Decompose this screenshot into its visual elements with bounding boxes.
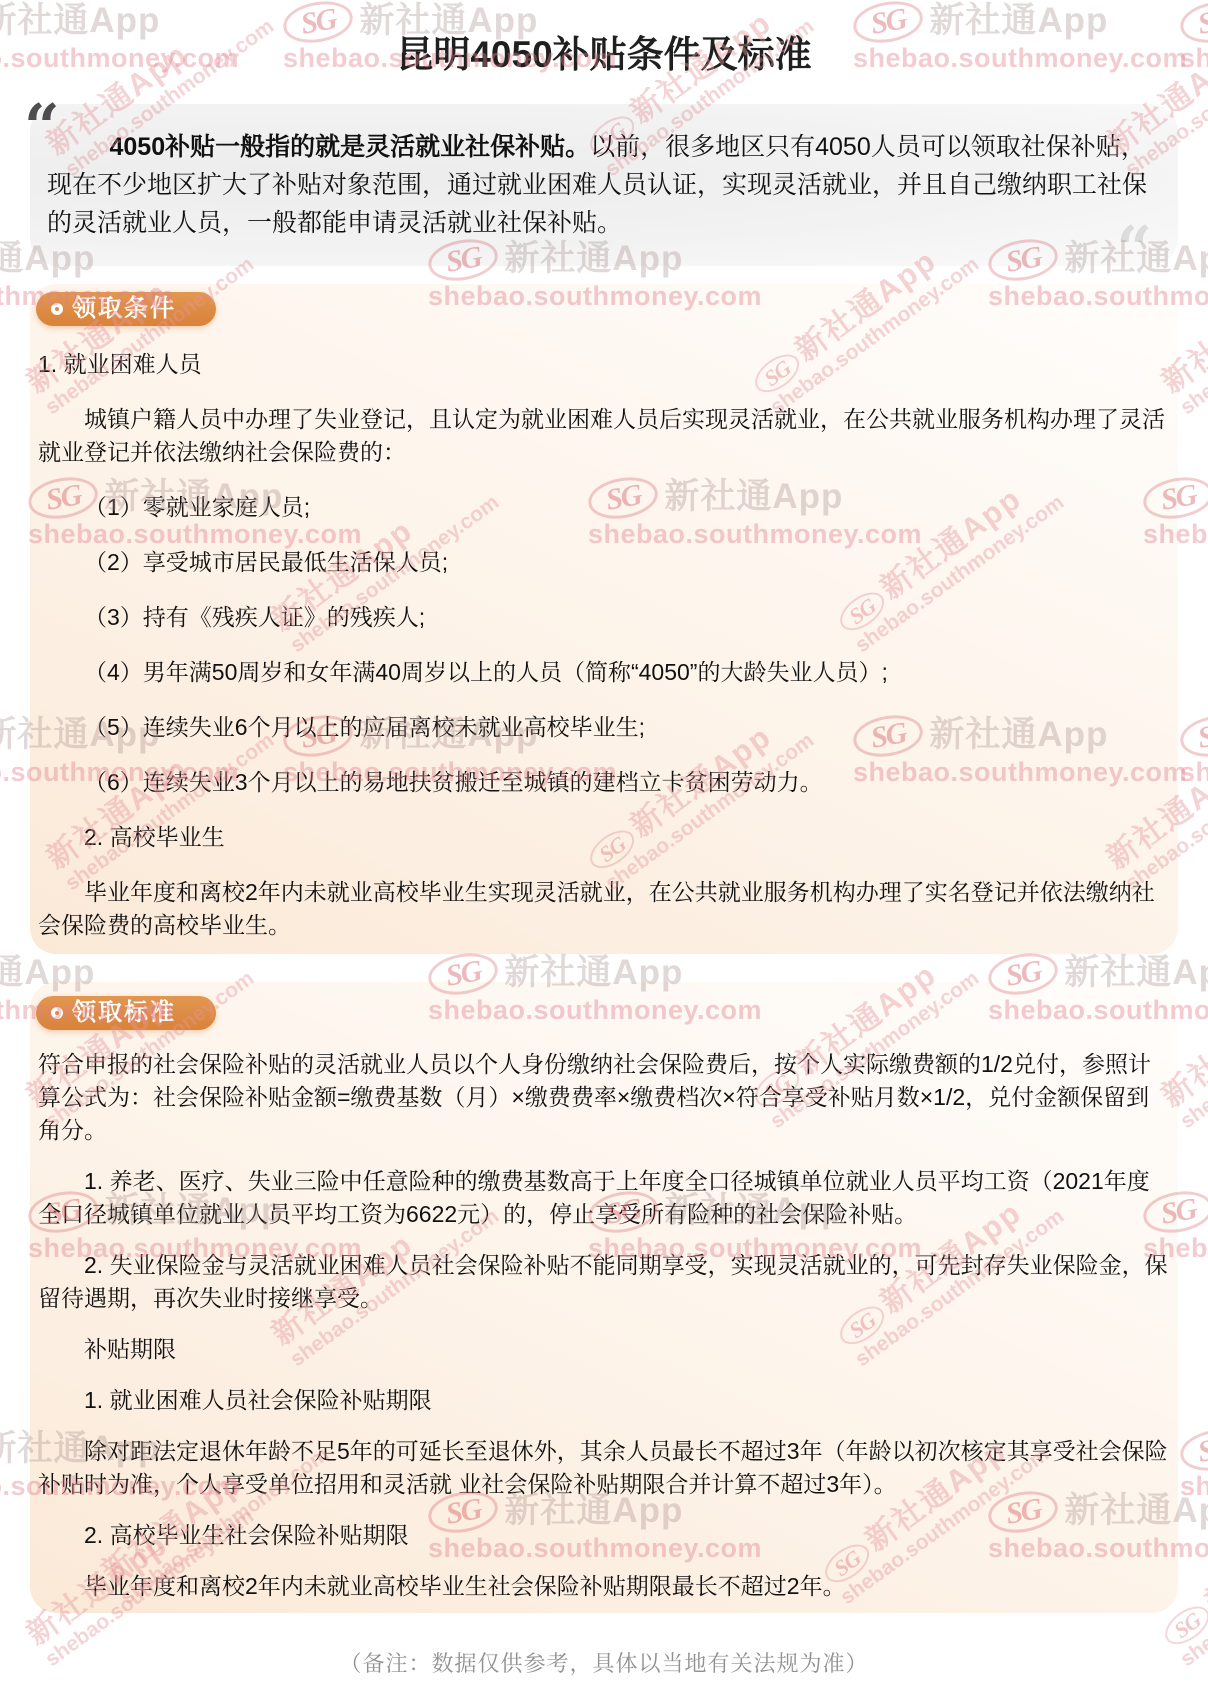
badge-circle-icon bbox=[51, 303, 63, 315]
list-item: （6）连续失业3个月以上的易地扶贫搬迁至城镇的建档立卡贫困劳动力。 bbox=[38, 766, 1168, 799]
article-page: SG新社通Appshebao.southmoney.comSG新社通Appshe… bbox=[0, 0, 1208, 1686]
paragraph: 2. 失业保险金与灵活就业困难人员社会保险补贴不能同期享受，实现灵活就业的，可先… bbox=[38, 1249, 1168, 1315]
conditions-badge-label: 领取条件 bbox=[72, 297, 176, 321]
paragraph: 毕业年度和离校2年内未就业高校毕业生实现灵活就业，在公共就业服务机构办理了实名登… bbox=[38, 876, 1168, 942]
close-quote-icon: “ bbox=[1116, 218, 1152, 280]
list-item: （5）连续失业6个月以上的应届离校未就业高校毕业生; bbox=[38, 711, 1168, 744]
list-item: （3）持有《残疾人证》的残疾人; bbox=[38, 601, 1168, 634]
section-conditions: 领取条件 1. 就业困难人员城镇户籍人员中办理了失业登记，且认定为就业困难人员后… bbox=[30, 284, 1178, 954]
section-standards: 领取标准 符合申报的社会保险补贴的灵活就业人员以个人身份缴纳社会保险费后，按个人… bbox=[30, 982, 1178, 1613]
badge-circle-icon bbox=[51, 1007, 63, 1019]
open-quote-icon: “ bbox=[24, 96, 60, 158]
list-item: （4）男年满50周岁和女年满40周岁以上的人员（简称“4050”的大龄失业人员）… bbox=[38, 656, 1168, 689]
sub-heading: 2. 高校毕业生 bbox=[38, 821, 1168, 854]
page-title: 昆明4050补贴条件及标准 bbox=[0, 24, 1208, 78]
paragraph: 符合申报的社会保险补贴的灵活就业人员以个人身份缴纳社会保险费后，按个人实际缴费额… bbox=[38, 1048, 1168, 1147]
intro-paragraph: 4050补贴一般指的就是灵活就业社保补贴。以前，很多地区只有4050人员可以领取… bbox=[47, 128, 1148, 242]
sub-heading: 1. 就业困难人员社会保险补贴期限 bbox=[38, 1384, 1168, 1417]
footer-note: （备注：数据仅供参考，具体以当地有关法规为准） bbox=[0, 1647, 1208, 1678]
standards-badge-label: 领取标准 bbox=[72, 1001, 176, 1025]
conditions-badge: 领取条件 bbox=[36, 292, 216, 326]
sub-heading: 2. 高校毕业生社会保险补贴期限 bbox=[38, 1519, 1168, 1552]
standards-badge: 领取标准 bbox=[36, 996, 216, 1030]
intro-lead-bold: 4050补贴一般指的就是灵活就业社保补贴。 bbox=[110, 133, 591, 161]
list-item: （2）享受城市居民最低生活保人员; bbox=[38, 546, 1168, 579]
conditions-body: 1. 就业困难人员城镇户籍人员中办理了失业登记，且认定为就业困难人员后实现灵活就… bbox=[38, 348, 1168, 942]
paragraph: 除对距法定退休年龄不足5年的可延长至退休外，其余人员最长不超过3年（年龄以初次核… bbox=[38, 1435, 1168, 1501]
paragraph: 毕业年度和离校2年内未就业高校毕业生社会保险补贴期限最长不超过2年。 bbox=[38, 1570, 1168, 1603]
sub-heading: 补贴期限 bbox=[38, 1333, 1168, 1366]
list-item: （1）零就业家庭人员; bbox=[38, 491, 1168, 524]
standards-body: 符合申报的社会保险补贴的灵活就业人员以个人身份缴纳社会保险费后，按个人实际缴费额… bbox=[38, 1048, 1168, 1603]
paragraph: 城镇户籍人员中办理了失业登记，且认定为就业困难人员后实现灵活就业，在公共就业服务… bbox=[38, 403, 1168, 469]
paragraph: 1. 养老、医疗、失业三险中任意险种的缴费基数高于上年度全口径城镇单位就业人员平… bbox=[38, 1165, 1168, 1231]
intro-quote-box: “ 4050补贴一般指的就是灵活就业社保补贴。以前，很多地区只有4050人员可以… bbox=[30, 104, 1178, 266]
sub-heading: 1. 就业困难人员 bbox=[38, 348, 1168, 381]
